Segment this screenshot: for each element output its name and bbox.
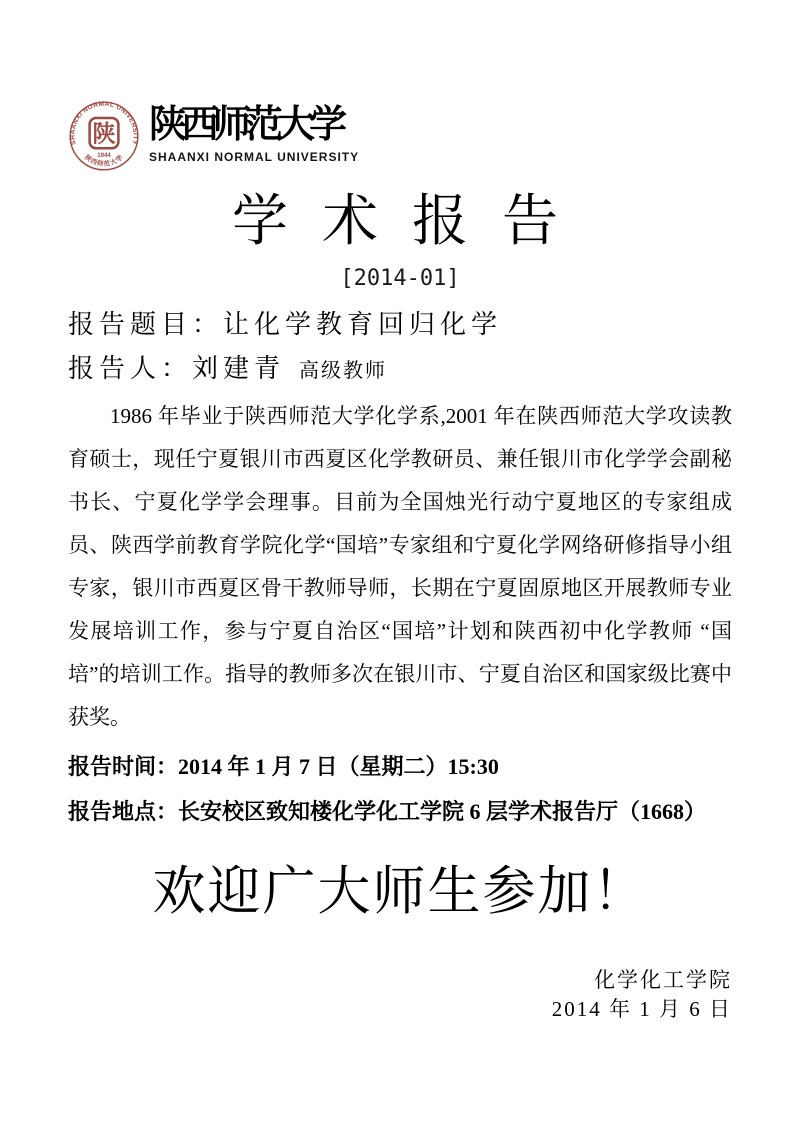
time-line: 报告时间：2014 年 1 月 7 日（星期二）15:30 bbox=[68, 744, 732, 789]
seal-year: 1944 bbox=[97, 152, 111, 159]
time-label: 报告时间： bbox=[68, 754, 178, 779]
speaker-bio: 1986 年毕业于陕西师范大学化学系,2001 年在陕西师范大学攻读教育硕士，现… bbox=[68, 395, 732, 739]
university-wordmark: 陕西师范大学 SHAANXI NORMAL UNIVERSITY bbox=[149, 98, 359, 164]
location-value: 长安校区致知楼化学化工学院 6 层学术报告厅（1668） bbox=[178, 799, 706, 824]
speaker-line: 报告人：刘建青高级教师 bbox=[68, 351, 732, 386]
issue-number: [2014-01] bbox=[68, 266, 732, 291]
time-value: 2014 年 1 月 7 日（星期二）15:30 bbox=[178, 754, 499, 779]
page-title: 学 术 报 告 bbox=[68, 190, 732, 254]
signature-organization: 化学化工学院 bbox=[68, 966, 732, 995]
welcome-message: 欢迎广大师生参加！ bbox=[68, 858, 732, 927]
announcement-page: SHAANXI NORMAL UNIVERSITY 陕 1944 陕西师范大学 … bbox=[0, 0, 800, 1131]
topic-label: 报告题目： bbox=[68, 310, 223, 339]
university-name-en: SHAANXI NORMAL UNIVERSITY bbox=[149, 150, 359, 164]
speaker-title: 高级教师 bbox=[299, 360, 387, 382]
topic-line: 报告题目：让化学教育回归化学 bbox=[68, 307, 732, 342]
topic-text: 让化学教育回归化学 bbox=[223, 310, 502, 339]
speaker-label: 报告人： bbox=[68, 354, 192, 383]
university-logo: SHAANXI NORMAL UNIVERSITY 陕 1944 陕西师范大学 … bbox=[68, 0, 732, 174]
report-meta: 报告时间：2014 年 1 月 7 日（星期二）15:30 报告地点：长安校区致… bbox=[68, 744, 732, 834]
university-name-cn: 陕西师范大学 bbox=[149, 106, 359, 146]
location-label: 报告地点： bbox=[68, 799, 178, 824]
speaker-name: 刘建青 bbox=[192, 354, 285, 383]
location-line: 报告地点：长安校区致知楼化学化工学院 6 层学术报告厅（1668） bbox=[68, 789, 732, 834]
signature-date: 2014 年 1 月 6 日 bbox=[68, 995, 732, 1024]
signature-block: 化学化工学院 2014 年 1 月 6 日 bbox=[68, 966, 732, 1024]
seal-center-character: 陕 bbox=[92, 121, 115, 147]
university-seal-icon: SHAANXI NORMAL UNIVERSITY 陕 1944 陕西师范大学 bbox=[68, 98, 140, 174]
